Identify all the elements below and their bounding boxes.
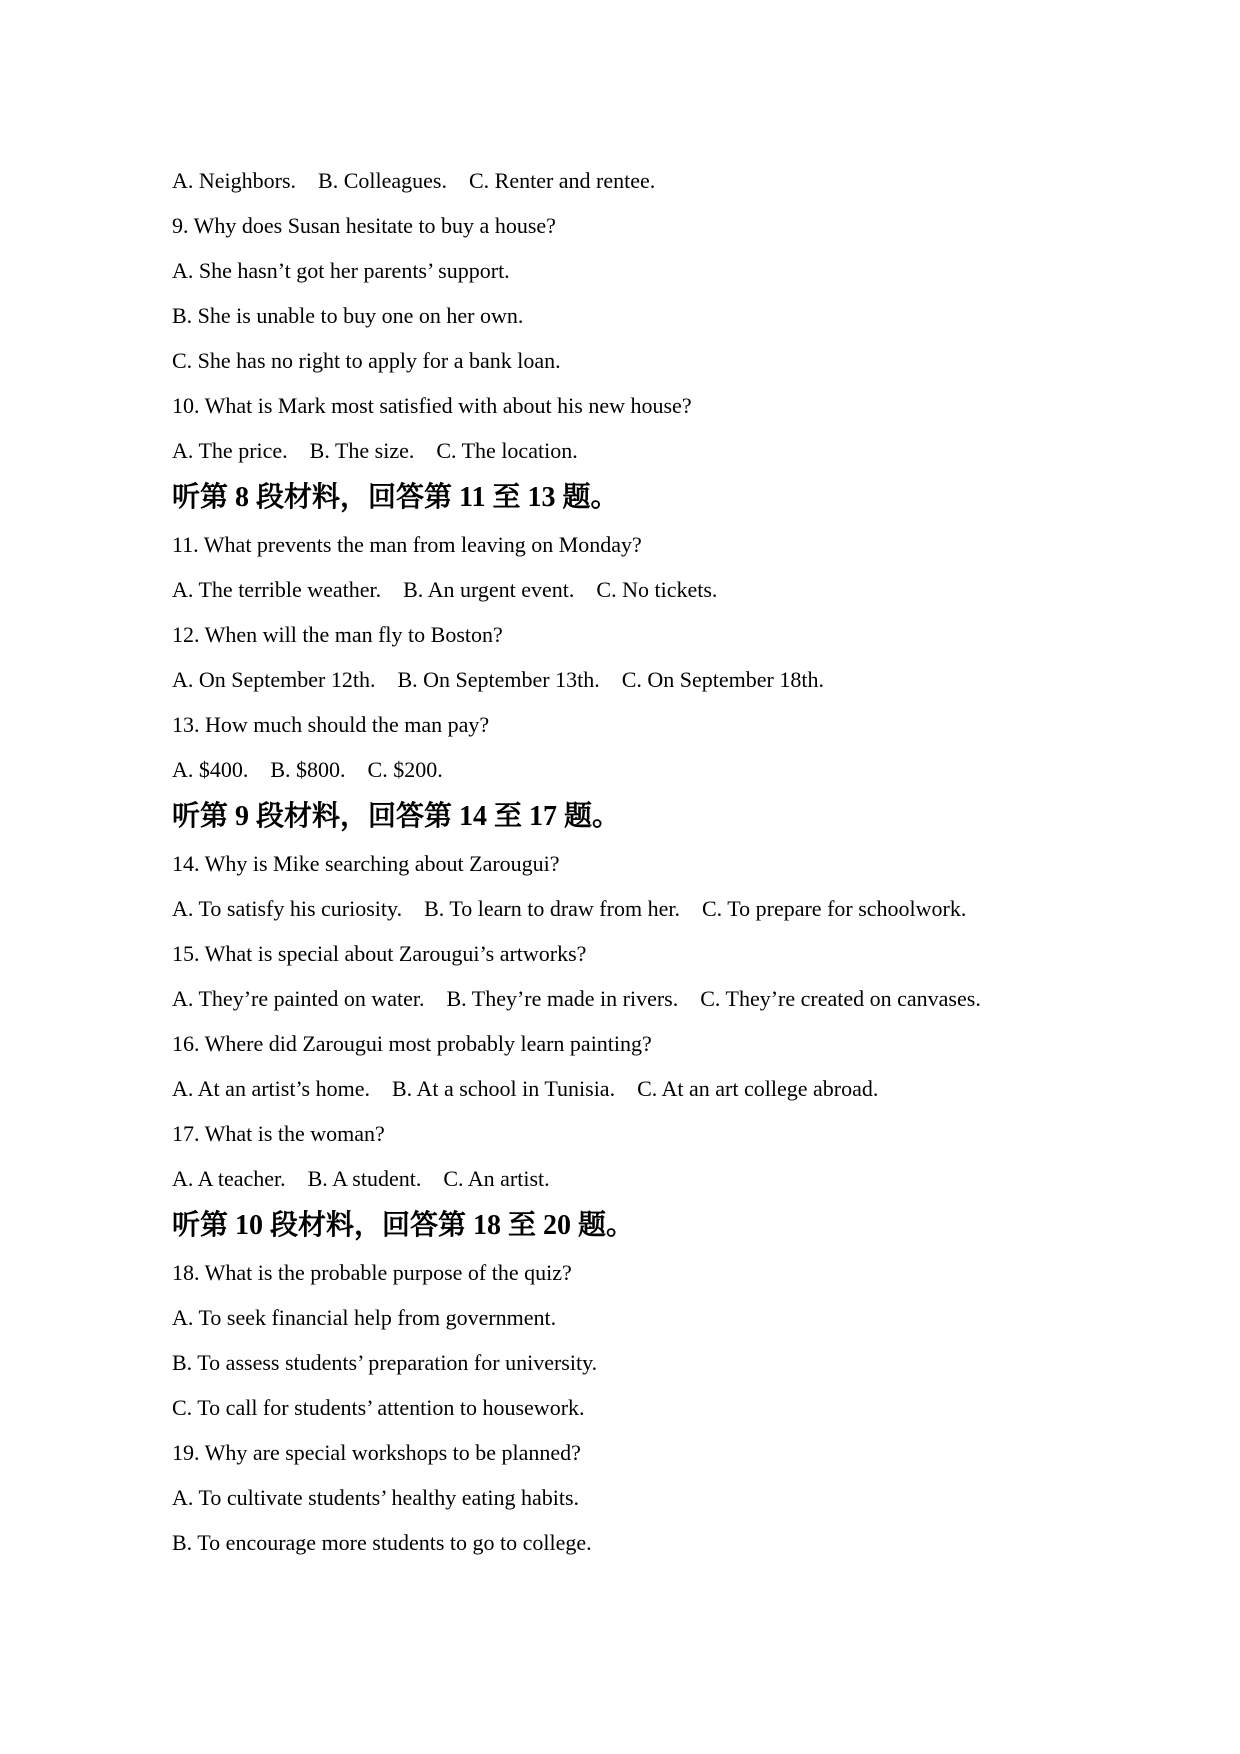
question-line: 10. What is Mark most satisfied with abo… bbox=[172, 383, 1150, 428]
option-line: C. To call for students’ attention to ho… bbox=[172, 1385, 1150, 1430]
option-line: A. She hasn’t got her parents’ support. bbox=[172, 248, 1150, 293]
question-line: 14. Why is Mike searching about Zarougui… bbox=[172, 841, 1150, 886]
question-line: 18. What is the probable purpose of the … bbox=[172, 1250, 1150, 1295]
question-line: 9. Why does Susan hesitate to buy a hous… bbox=[172, 203, 1150, 248]
option-line: B. She is unable to buy one on her own. bbox=[172, 293, 1150, 338]
option-line: B. To assess students’ preparation for u… bbox=[172, 1340, 1150, 1385]
option-line: C. She has no right to apply for a bank … bbox=[172, 338, 1150, 383]
options-line: A. Neighbors. B. Colleagues. C. Renter a… bbox=[172, 158, 1150, 203]
section-heading: 听第 9 段材料，回答第 14 至 17 题。 bbox=[172, 792, 1150, 841]
document-page: A. Neighbors. B. Colleagues. C. Renter a… bbox=[0, 0, 1240, 1754]
options-line: A. $400. B. $800. C. $200. bbox=[172, 747, 1150, 792]
options-line: A. The terrible weather. B. An urgent ev… bbox=[172, 567, 1150, 612]
option-line: A. To seek financial help from governmen… bbox=[172, 1295, 1150, 1340]
question-line: 19. Why are special workshops to be plan… bbox=[172, 1430, 1150, 1475]
options-line: A. On September 12th. B. On September 13… bbox=[172, 657, 1150, 702]
options-line: A. The price. B. The size. C. The locati… bbox=[172, 428, 1150, 473]
section-heading: 听第 10 段材料，回答第 18 至 20 题。 bbox=[172, 1201, 1150, 1250]
options-line: A. At an artist’s home. B. At a school i… bbox=[172, 1066, 1150, 1111]
question-line: 13. How much should the man pay? bbox=[172, 702, 1150, 747]
options-line: A. They’re painted on water. B. They’re … bbox=[172, 976, 1150, 1021]
question-line: 11. What prevents the man from leaving o… bbox=[172, 522, 1150, 567]
options-line: A. To satisfy his curiosity. B. To learn… bbox=[172, 886, 1150, 931]
option-line: B. To encourage more students to go to c… bbox=[172, 1520, 1150, 1565]
option-line: A. To cultivate students’ healthy eating… bbox=[172, 1475, 1150, 1520]
question-line: 17. What is the woman? bbox=[172, 1111, 1150, 1156]
question-line: 15. What is special about Zarougui’s art… bbox=[172, 931, 1150, 976]
question-line: 16. Where did Zarougui most probably lea… bbox=[172, 1021, 1150, 1066]
options-line: A. A teacher. B. A student. C. An artist… bbox=[172, 1156, 1150, 1201]
section-heading: 听第 8 段材料，回答第 11 至 13 题。 bbox=[172, 473, 1150, 522]
question-line: 12. When will the man fly to Boston? bbox=[172, 612, 1150, 657]
